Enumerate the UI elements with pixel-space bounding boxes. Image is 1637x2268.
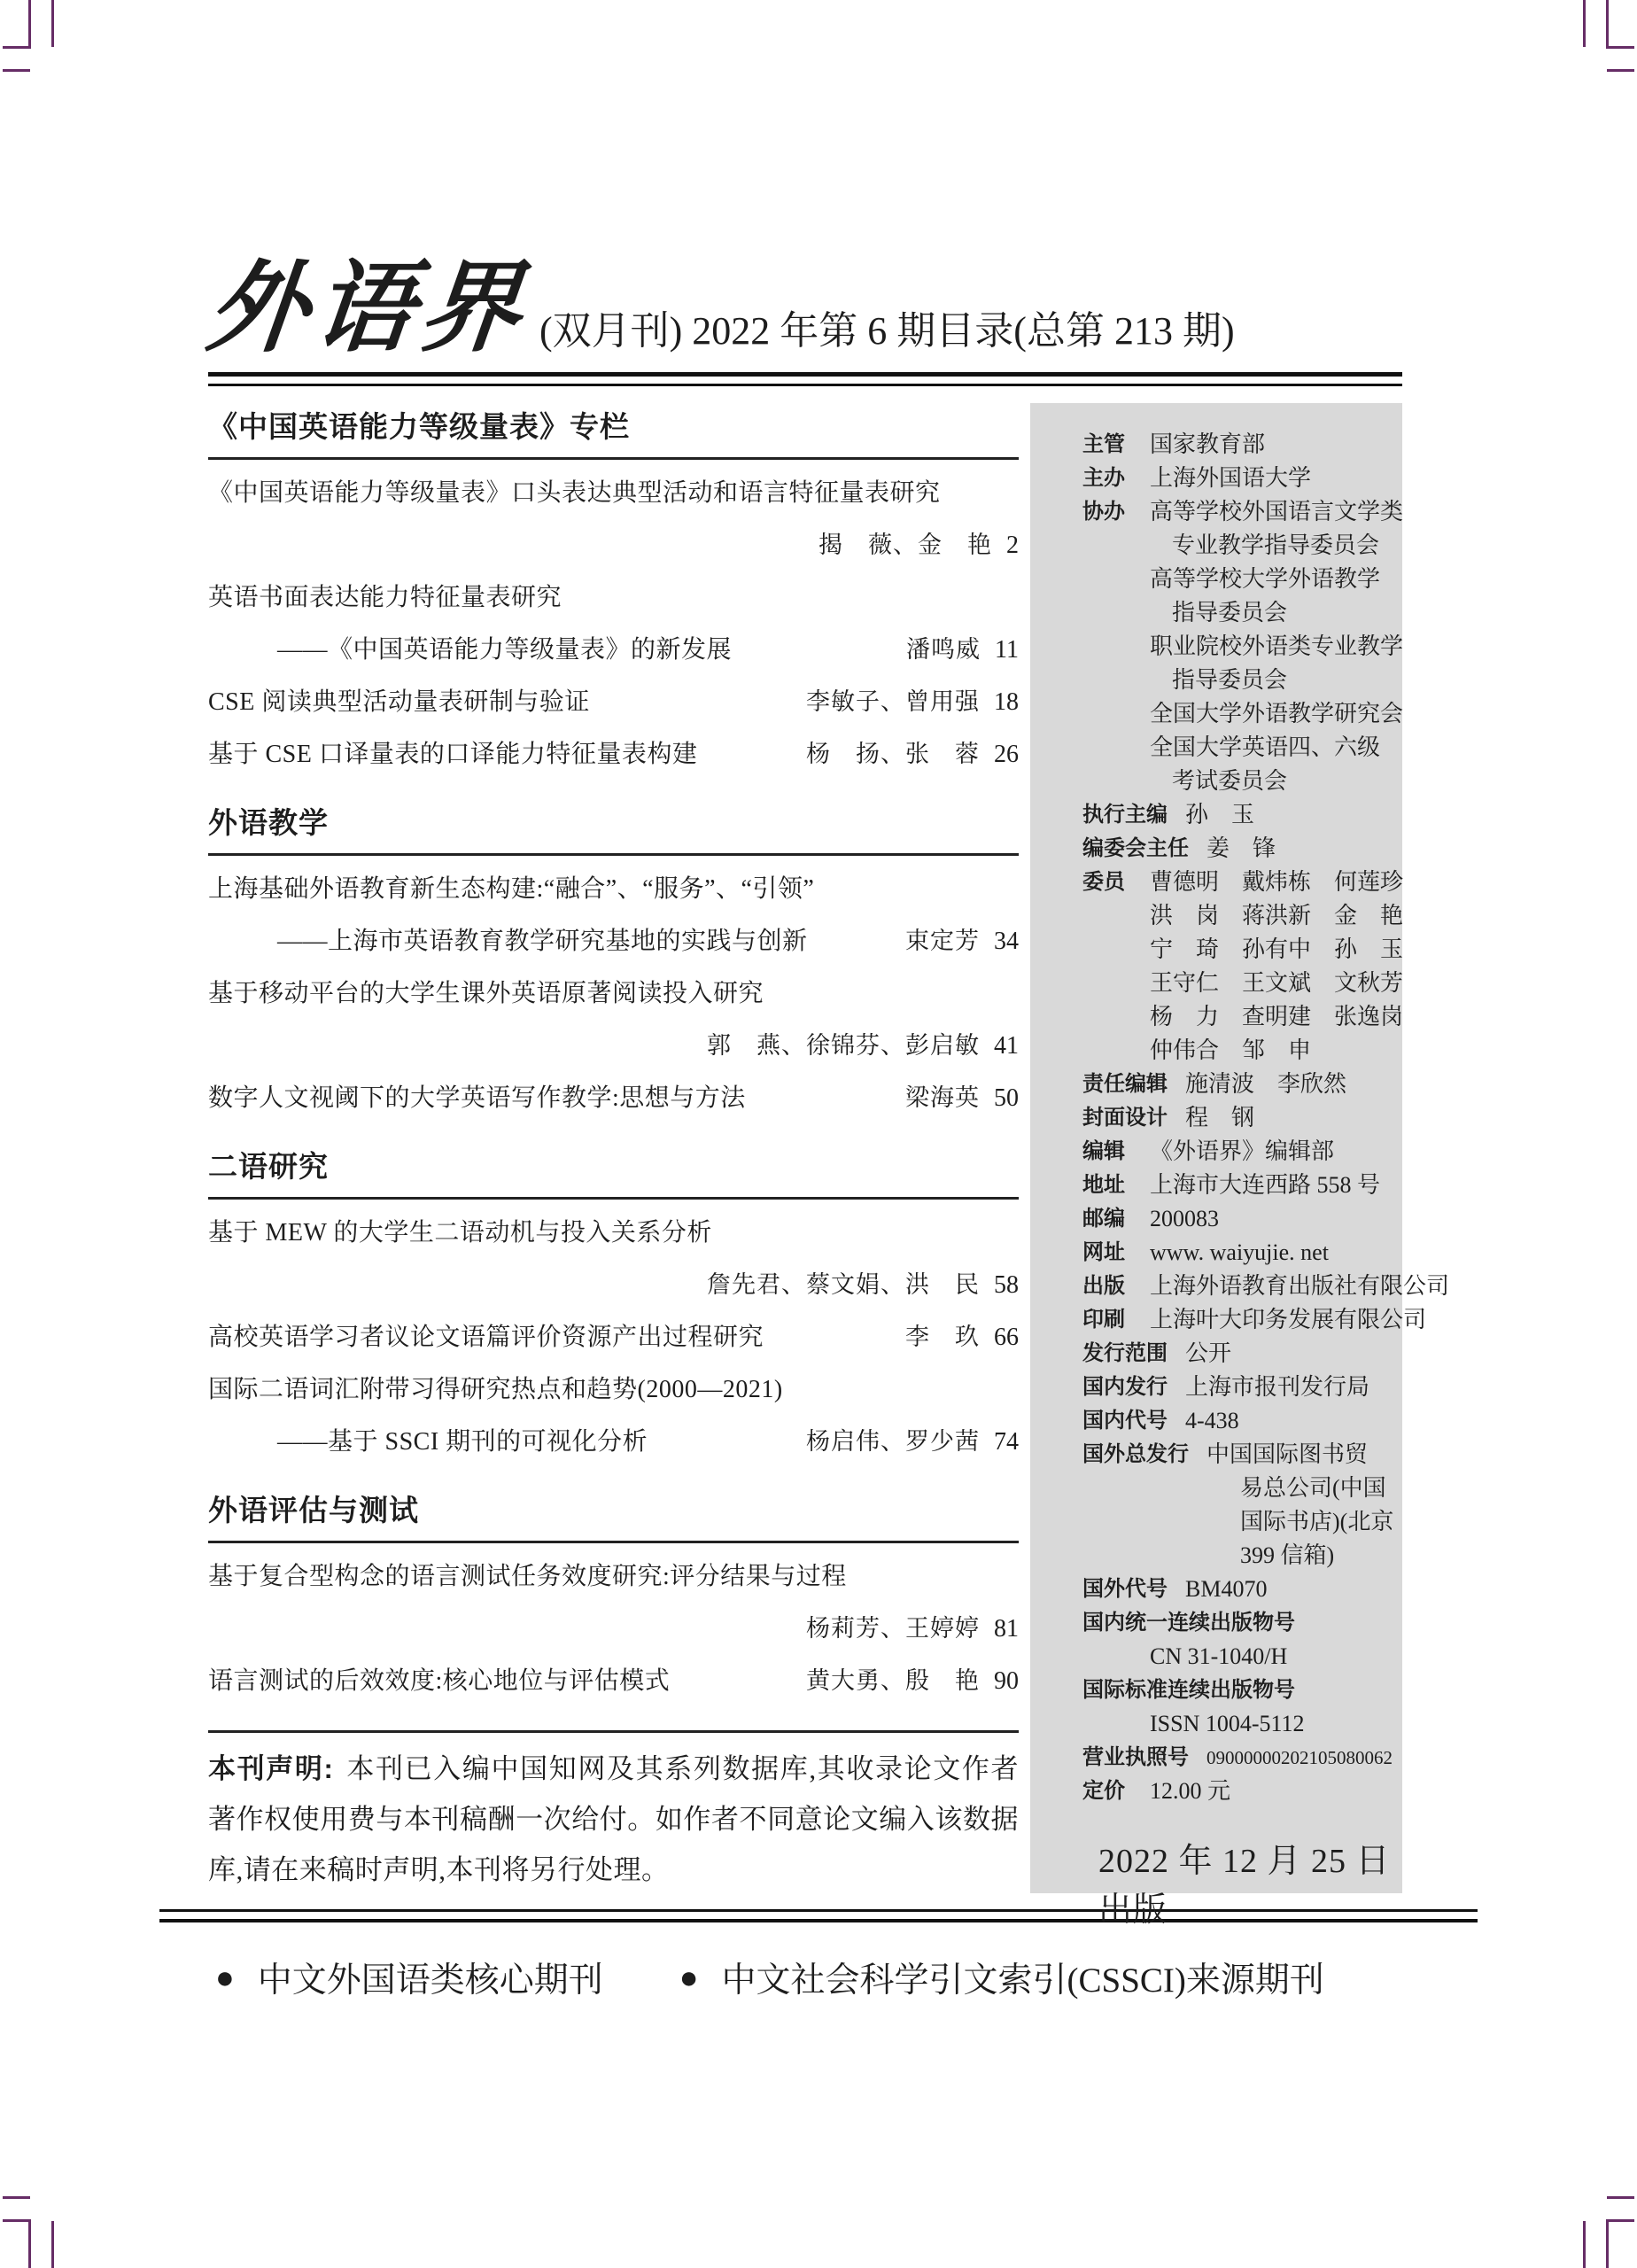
sidebar-row: 国内发行 上海市报刊发行局 [1082,1371,1402,1404]
article-authors: 杨莉芳、王婷婷 [806,1615,980,1642]
sidebar-row: 国内统一连续出版物号 [1082,1606,1402,1640]
section-heading: 外语评估与测试 [208,1491,1019,1530]
article-title: CSE 阅读典型活动量表研制与验证 [208,676,590,728]
article-authors: 揭 薇、金 艳 [818,532,992,558]
crop-mark-bottom-left-bracket [3,2219,31,2268]
sidebar-row: 杨 力 查明建 张逸岗 [1082,1000,1402,1034]
toc-row: 《中国英语能力等级量表》口头表达典型活动和语言特征量表研究 [208,467,1019,519]
sidebar-field-value: BM4070 [1185,1573,1267,1606]
sidebar-field-value: 《外语界》编辑部 [1150,1135,1334,1169]
sidebar-field-value: 指导委员会 [1082,596,1287,630]
section-divider [208,457,1019,460]
sidebar-field-label: 出版 [1082,1270,1132,1303]
sidebar-field-value: 施清波 李欣然 [1185,1068,1346,1101]
article-authors: 杨启伟、罗少茜 [806,1428,980,1455]
section-heading: 外语教学 [208,804,1019,843]
article-page-number: 34 [994,928,1019,955]
sidebar-field-label: 委员 [1082,866,1132,899]
sidebar-row: 399 信箱) [1082,1539,1402,1573]
sidebar-field-label: 印刷 [1082,1303,1132,1337]
sidebar-row: 洪 岗 蒋洪新 金 艳 [1082,899,1402,933]
toc-row: ——基于 SSCI 期刊的可视化分析 杨启伟、罗少茜74 [208,1416,1019,1468]
sidebar-row: 考试委员会 [1082,765,1402,798]
sidebar-field-value: 曹德明 戴炜栋 何莲珍 [1150,866,1403,899]
sidebar-field-label: 定价 [1082,1775,1132,1808]
toc-row: 高校英语学习者议论文语篇评价资源产出过程研究 李 玖66 [208,1311,1019,1363]
sidebar-field-value: 全国大学英语四、六级 [1082,731,1380,765]
crop-mark-top-left-line [51,0,54,47]
crop-mark-top-right-line [1583,0,1586,47]
sidebar-field-value: 程 钢 [1185,1101,1254,1135]
sidebar-row: ISSN 1004-5112 [1082,1707,1402,1741]
article-ref: 杨 扬、张 蓉26 [806,728,1019,781]
crop-mark-bottom-left-line [51,2221,54,2268]
article-authors: 束定芳 [905,928,980,954]
footer-item-label: 中文外国语类核心期刊 [258,1953,603,2002]
declaration-label: 本刊声明: [208,1753,333,1784]
sidebar-field-value: 孙 玉 [1185,798,1254,832]
sidebar-field-value: 公开 [1185,1337,1231,1371]
sidebar-field-value: 上海市报刊发行局 [1185,1371,1369,1404]
toc-row: 数字人文视阈下的大学英语写作教学:思想与方法 梁海英50 [208,1072,1019,1124]
sidebar-row: 发行范围 公开 [1082,1337,1402,1371]
sidebar-field-value: 指导委员会 [1082,664,1287,697]
sidebar-row: 国外代号 BM4070 [1082,1573,1402,1606]
article-ref [1005,863,1019,915]
article-page-number: 58 [994,1271,1019,1299]
article-page-number: 11 [995,636,1019,664]
sidebar-row: 编委会主任 姜 锋 [1082,832,1402,866]
sidebar-field-value: 考试委员会 [1082,765,1287,798]
sidebar-row: 指导委员会 [1082,596,1402,630]
journal-info-list: 主管 国家教育部 主办 上海外国语大学 协办 高等学校外国语言文学类 专业教学指… [1082,428,1402,1808]
toc-row: 杨莉芳、王婷婷81 [208,1603,1019,1655]
sidebar-field-value: 姜 锋 [1206,832,1276,866]
crop-mark-bottom-right-bracket [1606,2219,1634,2268]
sidebar-row: 指导委员会 [1082,664,1402,697]
sidebar-field-value: 杨 力 查明建 张逸岗 [1082,1000,1403,1034]
crop-mark-top-left-dash [3,69,30,72]
article-title: 基于 CSE 口译量表的口译能力特征量表构建 [208,728,697,781]
article-title: ——上海市英语教育教学研究基地的实践与创新 [208,915,808,967]
sidebar-field-value: 国际书店)(北京 [1082,1505,1393,1539]
sidebar-row: 邮编 200083 [1082,1202,1402,1236]
sidebar-field-label: 国内发行 [1082,1371,1168,1404]
article-ref [1005,571,1019,624]
article-page-number: 74 [994,1428,1019,1456]
article-page-number: 66 [994,1324,1019,1351]
sidebar-field-label: 责任编辑 [1082,1068,1168,1101]
declaration-divider [208,1730,1019,1733]
sidebar-field-value: 中国国际图书贸 [1206,1438,1368,1472]
section-articles: 基于 MEW 的大学生二语动机与投入关系分析 詹先君、蔡文娟、洪 民58 高校英… [208,1207,1019,1468]
sidebar-row: 网址 www. waiyujie. net [1082,1236,1402,1270]
article-authors: 李 玖 [905,1324,980,1350]
article-ref: 詹先君、蔡文娟、洪 民58 [707,1259,1019,1311]
crop-mark-top-right-bracket [1606,0,1634,49]
sidebar-field-label: 编委会主任 [1082,832,1189,866]
section-divider [208,1541,1019,1543]
article-ref: 梁海英50 [905,1072,1019,1124]
article-authors: 李敏子、曾用强 [806,688,980,715]
sidebar-row: 宁 琦 孙有中 孙 玉 [1082,933,1402,967]
toc-row: 上海基础外语教育新生态构建:“融合”、“服务”、“引领” [208,863,1019,915]
bullet-icon: ● [215,1961,235,1993]
sidebar-field-value: 国家教育部 [1150,428,1265,462]
sidebar-field-label: 国内统一连续出版物号 [1082,1606,1295,1640]
article-ref: 揭 薇、金 艳2 [818,519,1019,571]
sidebar-field-value: 全国大学外语教学研究会 [1082,697,1403,731]
toc-section: 外语评估与测试 基于复合型构念的语言测试任务效度研究:评分结果与过程 杨莉芳、王… [208,1491,1019,1707]
sidebar-row: 定价 12.00 元 [1082,1775,1402,1808]
toc-row: ——《中国英语能力等级量表》的新发展 潘鸣威11 [208,624,1019,676]
article-ref: 李 玖66 [905,1311,1019,1363]
sidebar-row: 高等学校大学外语教学 [1082,563,1402,596]
sidebar-field-label: 主管 [1082,428,1132,462]
crop-mark-bottom-right-line [1583,2221,1586,2268]
sidebar-field-value: 4-438 [1185,1404,1239,1438]
table-of-contents: 《中国英语能力等级量表》专栏 《中国英语能力等级量表》口头表达典型活动和语言特征… [208,408,1019,1895]
sidebar-field-value: CN 31-1040/H [1082,1640,1287,1674]
toc-row: 基于 CSE 口译量表的口译能力特征量表构建 杨 扬、张 蓉26 [208,728,1019,781]
sidebar-field-value: 上海叶大印务发展有限公司 [1150,1303,1426,1337]
sidebar-field-label: 地址 [1082,1169,1132,1202]
sidebar-row: CN 31-1040/H [1082,1640,1402,1674]
toc-row: CSE 阅读典型活动量表研制与验证 李敏子、曾用强18 [208,676,1019,728]
sidebar-field-label: 协办 [1082,495,1132,529]
sidebar-field-value: 12.00 元 [1150,1775,1230,1808]
crop-mark-top-right-dash [1607,69,1634,72]
sidebar-row: 营业执照号 09000000202105080062 [1082,1741,1402,1775]
footer-item-label: 中文社会科学引文索引(CSSCI)来源期刊 [722,1953,1324,2002]
sidebar-field-label: 邮编 [1082,1202,1132,1236]
article-ref: 李敏子、曾用强18 [806,676,1019,728]
section-divider [208,853,1019,856]
sidebar-field-label: 封面设计 [1082,1101,1168,1135]
article-ref: 郭 燕、徐锦芬、彭启敏41 [707,1020,1019,1072]
article-page-number: 90 [994,1667,1019,1695]
article-title: 国际二语词汇附带习得研究热点和趋势(2000—2021) [208,1363,783,1416]
sidebar-row: 国外总发行 中国国际图书贸 [1082,1438,1402,1472]
toc-row: ——上海市英语教育教学研究基地的实践与创新 束定芳34 [208,915,1019,967]
article-title: 英语书面表达能力特征量表研究 [208,571,562,624]
article-ref [1005,967,1019,1020]
sidebar-row: 国际标准连续出版物号 [1082,1674,1402,1707]
article-title: 上海基础外语教育新生态构建:“融合”、“服务”、“引领” [208,863,814,915]
sidebar-row: 委员 曹德明 戴炜栋 何莲珍 [1082,866,1402,899]
header-double-rule [208,372,1402,386]
sidebar-row: 易总公司(中国 [1082,1472,1402,1505]
sidebar-field-value: 高等学校大学外语教学 [1082,563,1380,596]
footer-item: ● 中文社会科学引文索引(CSSCI)来源期刊 [679,1953,1324,2002]
sidebar-row: 执行主编 孙 玉 [1082,798,1402,832]
sidebar-row: 专业教学指导委员会 [1082,529,1402,563]
sidebar-field-label: 国内代号 [1082,1404,1168,1438]
footer-item: ● 中文外国语类核心期刊 [215,1953,603,2002]
sidebar-field-label: 编辑 [1082,1135,1132,1169]
article-ref: 潘鸣威11 [906,624,1019,676]
article-authors: 潘鸣威 [906,636,981,663]
article-ref: 杨启伟、罗少茜74 [806,1416,1019,1468]
article-ref [1005,1363,1019,1416]
article-authors: 詹先君、蔡文娟、洪 民 [707,1271,980,1298]
toc-row: 揭 薇、金 艳2 [208,519,1019,571]
sidebar-row: 国内代号 4-438 [1082,1404,1402,1438]
crop-mark-bottom-left-dash [3,2196,30,2199]
sidebar-field-label: 国际标准连续出版物号 [1082,1674,1295,1707]
journal-toc-page: 主管 国家教育部 主办 上海外国语大学 协办 高等学校外国语言文学类 专业教学指… [0,0,1637,2268]
article-title: 语言测试的后效效度:核心地位与评估模式 [208,1655,670,1707]
toc-row: 詹先君、蔡文娟、洪 民58 [208,1259,1019,1311]
article-ref [1005,1207,1019,1259]
toc-row: 郭 燕、徐锦芬、彭启敏41 [208,1020,1019,1072]
article-authors: 郭 燕、徐锦芬、彭启敏 [707,1032,980,1059]
sidebar-field-value: 200083 [1150,1202,1219,1236]
article-ref: 束定芳34 [905,915,1019,967]
article-title: 基于复合型构念的语言测试任务效度研究:评分结果与过程 [208,1550,847,1603]
section-heading: 《中国英语能力等级量表》专栏 [208,408,1019,447]
sidebar-field-label: 营业执照号 [1082,1741,1189,1775]
journal-info-sidebar: 主管 国家教育部 主办 上海外国语大学 协办 高等学校外国语言文学类 专业教学指… [1030,403,1402,1893]
article-page-number: 18 [994,688,1019,716]
issue-subtitle: (双月刊) 2022 年第 6 期目录(总第 213 期) [527,312,1235,358]
sidebar-field-value: 王守仁 王文斌 文秋芳 [1082,967,1403,1000]
toc-row: 基于复合型构念的语言测试任务效度研究:评分结果与过程 [208,1550,1019,1603]
toc-section: 外语教学 上海基础外语教育新生态构建:“融合”、“服务”、“引领” ——上海市英… [208,804,1019,1124]
sidebar-field-value: 洪 岗 蒋洪新 金 艳 [1082,899,1403,933]
section-articles: 基于复合型构念的语言测试任务效度研究:评分结果与过程 杨莉芳、王婷婷81 语言测… [208,1550,1019,1707]
toc-row: 国际二语词汇附带习得研究热点和趋势(2000—2021) [208,1363,1019,1416]
article-authors: 杨 扬、张 蓉 [806,741,980,767]
sidebar-field-value: 上海外语教育出版社有限公司 [1150,1270,1449,1303]
article-ref: 黄大勇、殷 艳90 [806,1655,1019,1707]
sidebar-row: 国际书店)(北京 [1082,1505,1402,1539]
sidebar-field-value: 高等学校外国语言文学类 [1150,495,1403,529]
sidebar-field-value: 上海市大连西路 558 号 [1150,1169,1380,1202]
sidebar-row: 仲伟合 邹 申 [1082,1034,1402,1068]
sidebar-row: 主办 上海外国语大学 [1082,462,1402,495]
sidebar-field-value: ISSN 1004-5112 [1082,1707,1305,1741]
masthead: 外语界 (双月刊) 2022 年第 6 期目录(总第 213 期) [208,0,1402,358]
sidebar-field-label: 主办 [1082,462,1132,495]
sidebar-row: 王守仁 王文斌 文秋芳 [1082,967,1402,1000]
sidebar-field-value: 易总公司(中国 [1082,1472,1386,1505]
sidebar-field-value: 专业教学指导委员会 [1082,529,1379,563]
sidebar-field-value: 上海外国语大学 [1150,462,1311,495]
section-articles: 上海基础外语教育新生态构建:“融合”、“服务”、“引领” ——上海市英语教育教学… [208,863,1019,1124]
sidebar-field-value: 仲伟合 邹 申 [1082,1034,1311,1068]
bullet-icon: ● [679,1961,699,1993]
sidebar-row: 职业院校外语类专业教学 [1082,630,1402,664]
journal-title: 外语界 [203,259,532,358]
sidebar-field-value: 宁 琦 孙有中 孙 玉 [1082,933,1403,967]
sidebar-field-label: 国外代号 [1082,1573,1168,1606]
article-page-number: 26 [994,741,1019,768]
sidebar-row: 地址 上海市大连西路 558 号 [1082,1169,1402,1202]
sidebar-field-value: 职业院校外语类专业教学 [1082,630,1403,664]
crop-mark-top-left-bracket [3,0,31,49]
article-title: ——《中国英语能力等级量表》的新发展 [208,624,732,676]
article-page-number: 41 [994,1032,1019,1060]
section-articles: 《中国英语能力等级量表》口头表达典型活动和语言特征量表研究 揭 薇、金 艳2 英… [208,467,1019,781]
article-authors: 黄大勇、殷 艳 [806,1667,980,1694]
sidebar-row: 出版 上海外语教育出版社有限公司 [1082,1270,1402,1303]
toc-row: 基于移动平台的大学生课外英语原著阅读投入研究 [208,967,1019,1020]
sidebar-field-label: 发行范围 [1082,1337,1168,1371]
sidebar-row: 印刷 上海叶大印务发展有限公司 [1082,1303,1402,1337]
article-authors: 梁海英 [905,1084,980,1111]
article-title: 基于 MEW 的大学生二语动机与投入关系分析 [208,1207,712,1259]
publication-date: 2022 年 12 月 25 日出版 [1098,1833,1402,1930]
sidebar-field-value: 09000000202105080062 [1206,1741,1393,1775]
sidebar-field-value: 399 信箱) [1082,1539,1334,1573]
toc-section: 二语研究 基于 MEW 的大学生二语动机与投入关系分析 詹先君、蔡文娟、洪 民5… [208,1147,1019,1468]
article-title: 《中国英语能力等级量表》口头表达典型活动和语言特征量表研究 [208,467,941,519]
article-title: 基于移动平台的大学生课外英语原著阅读投入研究 [208,967,764,1020]
toc-section: 《中国英语能力等级量表》专栏 《中国英语能力等级量表》口头表达典型活动和语言特征… [208,408,1019,781]
crop-mark-bottom-right-dash [1607,2196,1634,2199]
section-heading: 二语研究 [208,1147,1019,1186]
article-title: 数字人文视阈下的大学英语写作教学:思想与方法 [208,1072,746,1124]
toc-row: 基于 MEW 的大学生二语动机与投入关系分析 [208,1207,1019,1259]
footer: ● 中文外国语类核心期刊 ● 中文社会科学引文索引(CSSCI)来源期刊 [215,1953,1637,2002]
sidebar-row: 主管 国家教育部 [1082,428,1402,462]
article-page-number: 50 [994,1084,1019,1112]
article-ref [1005,1550,1019,1603]
article-page-number: 2 [1006,532,1019,559]
sidebar-field-label: 执行主编 [1082,798,1168,832]
sidebar-field-label: 网址 [1082,1236,1132,1270]
article-page-number: 81 [994,1615,1019,1643]
article-ref: 杨莉芳、王婷婷81 [806,1603,1019,1655]
section-divider [208,1197,1019,1200]
toc-row: 英语书面表达能力特征量表研究 [208,571,1019,624]
sidebar-field-label: 国外总发行 [1082,1438,1189,1472]
sidebar-row: 责任编辑 施清波 李欣然 [1082,1068,1402,1101]
article-title: 高校英语学习者议论文语篇评价资源产出过程研究 [208,1311,764,1363]
sidebar-row: 全国大学外语教学研究会 [1082,697,1402,731]
declaration: 本刊声明:本刊已入编中国知网及其系列数据库,其收录论文作者著作权使用费与本刊稿酬… [208,1744,1019,1895]
sidebar-row: 编辑 《外语界》编辑部 [1082,1135,1402,1169]
article-title: ——基于 SSCI 期刊的可视化分析 [208,1416,648,1468]
sidebar-row: 协办 高等学校外国语言文学类 [1082,495,1402,529]
sidebar-field-value: www. waiyujie. net [1150,1236,1329,1270]
sidebar-row: 全国大学英语四、六级 [1082,731,1402,765]
sidebar-row: 封面设计 程 钢 [1082,1101,1402,1135]
toc-row: 语言测试的后效效度:核心地位与评估模式 黄大勇、殷 艳90 [208,1655,1019,1707]
article-ref [1005,467,1019,519]
